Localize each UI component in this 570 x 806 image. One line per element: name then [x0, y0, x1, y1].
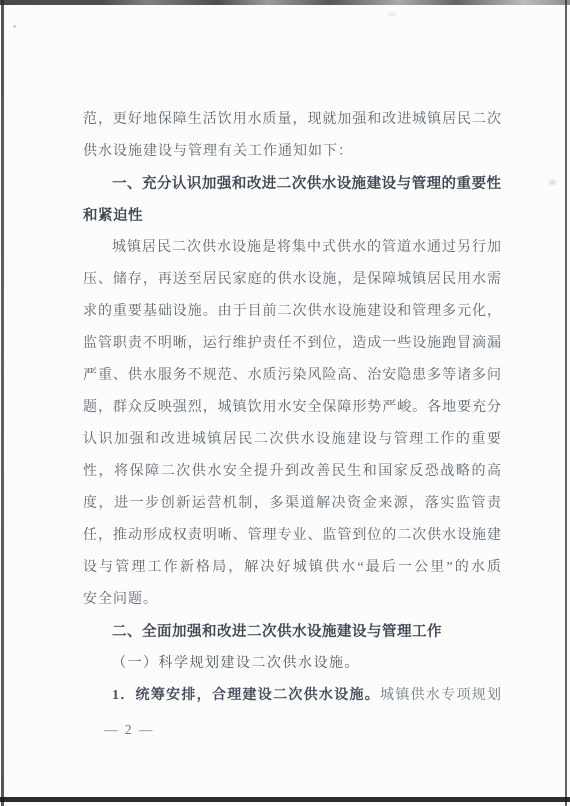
item-body-start: 城镇供水专项规划	[380, 688, 501, 703]
paragraph-line: 安全问题。	[83, 584, 501, 616]
paragraph-line: 设与管理工作新格局，解决好城镇供水“最后一公里”的水质	[83, 552, 501, 584]
paragraph-line: 监管职责不明晰，运行维护责任不到位，造成一些设施跑冒滴漏	[83, 328, 501, 360]
paragraph-line: 严重、供水服务不规范、水质污染风险高、治安隐患多等诸多问	[83, 360, 501, 392]
paragraph-line: 城镇居民二次供水设施是将集中式供水的管道水通过另行加	[83, 232, 501, 264]
paragraph-line: 性，将保障二次供水安全提升到改善民生和国家反恐战略的高	[83, 456, 501, 488]
paragraph-line: 度，进一步创新运营机制，多渠道解决资金来源，落实监管责	[83, 488, 501, 520]
numbered-item-line: 1．统筹安排，合理建设二次供水设施。城镇供水专项规划	[83, 680, 501, 712]
page-number: — 2 —	[104, 722, 155, 738]
paragraph-line: 认识加强和改进城镇居民二次供水设施建设与管理工作的重要	[83, 424, 501, 456]
paragraph-line: 任，推动形成权责明晰、管理专业、监管到位的二次供水设施建	[83, 520, 501, 552]
item-title: 1．统筹安排，合理建设二次供水设施。	[112, 688, 380, 703]
scan-edge-right	[565, 0, 567, 806]
document-page: 范，更好地保障生活饮用水质量，现就加强和改进城镇居民二次 供水设施建设与管理有关…	[0, 0, 570, 806]
section-heading-line: 一、充分认识加强和改进二次供水设施建设与管理的重要性	[83, 168, 501, 200]
document-body: 范，更好地保障生活饮用水质量，现就加强和改进城镇居民二次 供水设施建设与管理有关…	[83, 104, 501, 712]
scan-speck	[549, 180, 556, 185]
scan-speck	[388, 13, 397, 16]
paragraph-line: 供水设施建设与管理有关工作通知如下：	[83, 136, 501, 168]
paragraph-line: 范，更好地保障生活饮用水质量，现就加强和改进城镇居民二次	[83, 104, 501, 136]
scan-edge-bottom	[0, 797, 570, 802]
paragraph-line: 压、储存，再送至居民家庭的供水设施，是保障城镇居民用水需	[83, 264, 501, 296]
section-heading-line: 二、全面加强和改进二次供水设施建设与管理工作	[83, 616, 501, 648]
scan-speck	[13, 25, 16, 28]
scan-edge-top	[0, 0, 570, 5]
subsection-title-line: （一）科学规划建设二次供水设施。	[83, 648, 501, 680]
section-heading-line: 和紧迫性	[83, 200, 501, 232]
paragraph-line: 求的重要基础设施。由于目前二次供水设施建设和管理多元化，	[83, 296, 501, 328]
scan-edge-left	[1, 0, 4, 806]
paragraph-line: 题，群众反映强烈，城镇饮用水安全保障形势严峻。各地要充分	[83, 392, 501, 424]
